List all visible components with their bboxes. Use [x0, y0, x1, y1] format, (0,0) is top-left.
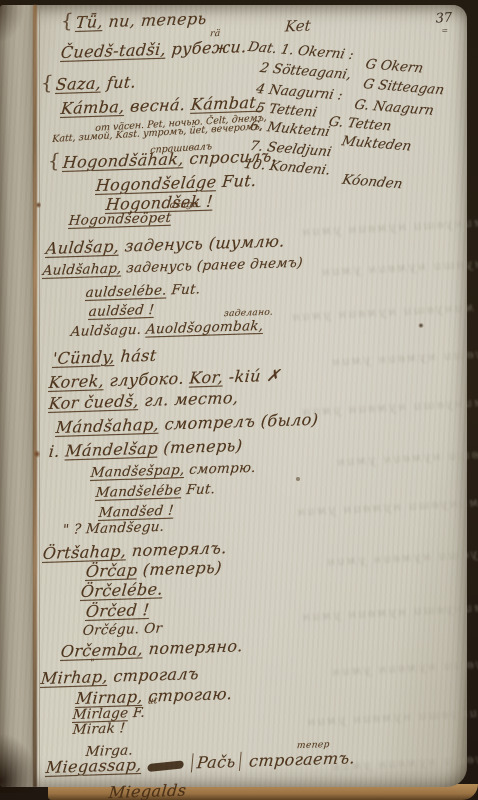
manuscript-line: Mandšelébe Fut. — [95, 481, 216, 501]
manuscript-page: 37 = Ket Dat. 1. Okerni :G Okern2 Söttea… — [0, 5, 467, 787]
page-number-mark: = — [437, 25, 454, 35]
headword: Auldšap, — [45, 237, 120, 258]
line-prefix: " ? — [62, 521, 87, 538]
ink-spot — [36, 201, 41, 209]
manuscript-line: Mandšešpap, смотрю. — [90, 460, 257, 481]
manuscript-line: Mirak ! — [72, 720, 126, 738]
manuscript-line: Hogondšeláge Fut. — [95, 171, 258, 195]
manuscript-line: Mirhap, строгалъ" — [40, 664, 200, 688]
gloss: (теперь) — [136, 558, 222, 580]
bleed-through-line: минувши нумвин умин — [300, 215, 478, 239]
gloss: (теперь) — [157, 436, 243, 458]
headword: Miegassap, — [45, 755, 143, 777]
headword: Örčelébe. — [80, 579, 164, 601]
gloss: fut. — [101, 72, 138, 92]
gloss: Fut. — [216, 171, 258, 191]
headword: Mirak ! — [72, 720, 126, 738]
headword: Hogondšähak, — [62, 149, 185, 172]
manuscript-line: Auldšahap, заденусь (ранее днемъ) — [42, 255, 303, 279]
manuscript-line: Orčemba, потеряно. — [60, 636, 244, 661]
headword: Auoldšogombak, — [145, 318, 264, 338]
strikethrough-blot — [147, 760, 183, 772]
gloss: hást — [114, 346, 157, 366]
headword: Kor čuedš, — [48, 391, 140, 413]
interlinear-note: rä — [210, 29, 221, 39]
page-number: 37 = — [436, 10, 454, 35]
manuscript-line: 'Cündy, hást — [52, 346, 158, 368]
bleed-through-line: минувши нумвин умин — [330, 655, 478, 679]
manuscript-line: {Saza, fut. — [55, 72, 137, 94]
headword: Kor, — [189, 367, 224, 387]
gloss: заденусь (ранее днемъ) — [121, 255, 303, 277]
bleed-through-line: минувши нумвин умин — [335, 445, 478, 469]
manuscript-line: Korek, глубоко. Kor, -kiú ✗ — [48, 366, 281, 392]
bleed-through-line: минувши нумвин умин — [330, 345, 478, 369]
headword: Kámba, — [60, 97, 126, 118]
interlinear-note: " — [90, 658, 95, 668]
margin-bracket: { — [60, 10, 75, 32]
headword: Örčap — [85, 560, 138, 581]
gloss: спросилъ. — [183, 146, 278, 168]
genitive-form: Kóonden — [341, 172, 404, 192]
manuscript-line: Örčed ! — [85, 600, 150, 621]
manuscript-line: Örčap (теперь) — [85, 558, 223, 581]
manuscript-line: Auldšagu. Auoldšogombak,заделано. — [70, 318, 264, 340]
ink-spot — [418, 323, 424, 328]
numeral-form: 2 Sötteagani, — [259, 60, 353, 83]
interlinear-note: заделано. — [223, 308, 273, 320]
gloss: -kiú ✗ — [223, 366, 282, 387]
headword: Mandšelébe — [95, 482, 182, 501]
manuscript-line: Mándšahap, смотрелъ (было) — [55, 410, 319, 437]
manuscript-line: Kor čuedš, гл. место, — [48, 388, 239, 413]
bleed-through-line: минувши нумвин умин — [325, 545, 478, 569]
ink-spot — [296, 477, 300, 481]
gloss: рубежи. — [165, 37, 247, 59]
headword: Čuedš-tadši, — [60, 40, 167, 62]
gloss: заденусь (шумлю. — [118, 231, 285, 255]
gloss: веснá. — [124, 95, 192, 116]
gloss: смотрю. — [184, 460, 257, 478]
manuscript-line: auldselébe. Fut. — [85, 281, 201, 301]
headword: Saza, — [55, 74, 102, 94]
photo-backdrop: 37 = Ket Dat. 1. Okerni :G Okern2 Söttea… — [0, 0, 478, 800]
headword: Orčemba, — [60, 639, 144, 661]
interlinear-note: тепер — [297, 740, 331, 751]
line-prefix: i. — [48, 441, 66, 461]
headword: Mirhap, — [40, 667, 109, 688]
interlinear-note: ut — [147, 696, 158, 706]
manuscript-line: Örčelébe. — [80, 579, 164, 601]
headword: Mandšešpap, — [90, 462, 185, 481]
headword: Hogondšeöpet — [68, 210, 172, 229]
interlinear-note: dšagu. — [169, 200, 202, 211]
manuscript-line: Miegalds — [108, 781, 187, 800]
manuscript-line: Hogondšeöpetdšagu. — [68, 210, 172, 229]
gloss: глубоко. — [103, 369, 190, 391]
bleed-through-line: минувши нумвин умин — [295, 495, 478, 519]
corner-stain — [0, 733, 38, 793]
margin-bracket: { — [40, 72, 55, 94]
manuscript-line: Orčégu. Or — [82, 620, 163, 639]
right-column-title: Ket — [284, 17, 311, 36]
genitive-form: Mukteden — [340, 133, 413, 154]
gloss: F. — [128, 705, 146, 722]
facing-page-sliver — [0, 5, 34, 787]
margin-bracket: { — [47, 150, 62, 172]
gloss: Fut. — [181, 481, 216, 498]
headword: auldšed ! — [88, 302, 155, 320]
bleed-through-line: минувши нумвин умин — [290, 300, 475, 324]
manuscript-line: auldšed ! — [88, 302, 155, 320]
page-number-value: 37 — [436, 10, 454, 26]
boxed-word: Pačь — [191, 752, 242, 773]
gloss: nu, теперь — [102, 9, 207, 31]
headword: Tǖ, — [75, 12, 104, 32]
manuscript-line: Auldšap, заденусь (шумлю. — [45, 231, 286, 258]
headword: auldselébe. — [85, 282, 168, 301]
corner-stain — [0, 1, 24, 41]
headword: Kámbat, — [190, 93, 262, 114]
headword: Orčégu. — [82, 621, 140, 639]
gloss: потеряно. — [142, 636, 243, 658]
headword: Korek, — [48, 371, 105, 392]
ink-spot — [34, 449, 40, 459]
bleed-through-line: минувши нумвин умин — [305, 705, 478, 729]
manuscript-line: i. Mándelšap (теперь) — [48, 436, 243, 461]
headword: Mándelšap — [64, 439, 158, 461]
headword: Miegalds — [108, 781, 187, 800]
manuscript-line: {Tǖ, nu, теперь — [75, 9, 208, 32]
binding-crease-line — [39, 5, 40, 787]
manuscript-line: Čuedš-tadši, рубежи.rä — [60, 37, 248, 62]
headword: 'Cündy, — [52, 347, 116, 368]
gloss: Fut. — [166, 281, 201, 298]
headword: Örčed ! — [85, 600, 150, 621]
headword: Auldšahap, — [42, 260, 122, 279]
gloss: Or — [139, 620, 163, 637]
bleed-through-line: минувши нумвин умин — [300, 395, 478, 419]
headword: Örtšahap, — [42, 541, 127, 563]
gloss: гл. место, — [138, 388, 239, 410]
headword: Auldšagu. — [70, 322, 142, 340]
binding-crease — [33, 5, 37, 787]
gloss: строгалъ — [107, 664, 200, 686]
manuscript-line: " ? Mandšegu. — [62, 519, 165, 538]
headword: Mándšahap, — [55, 415, 160, 437]
bleed-through-line: минувши нумвин умин — [320, 255, 478, 279]
gloss: смотрелъ (было) — [158, 410, 319, 434]
bleed-through-line: минувши нумвин умин — [300, 600, 478, 624]
headword: Mandšegu. — [85, 519, 165, 538]
